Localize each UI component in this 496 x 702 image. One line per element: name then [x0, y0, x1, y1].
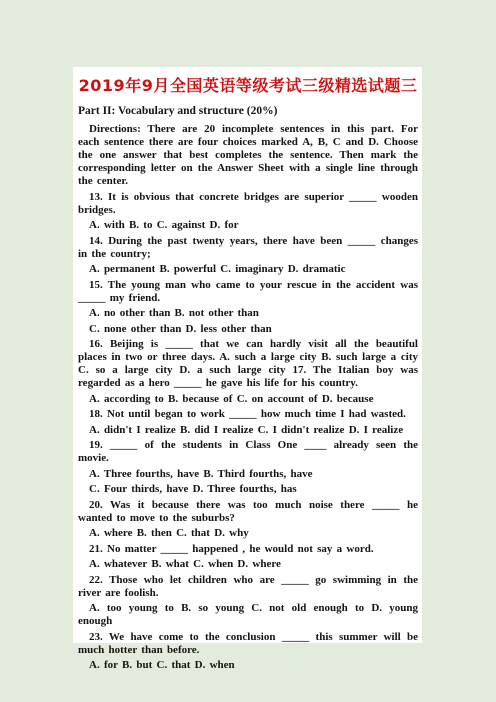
desktop-background: 2019年9月全国英语等级考试三级精选试题三 Part II: Vocabula…: [0, 0, 496, 702]
question-18: 18. Not until began to work _____ how mu…: [78, 408, 418, 421]
options-18: A. didn't I realize B. did I realize C. …: [78, 424, 418, 437]
question-15: 15. The young man who came to your rescu…: [78, 279, 418, 305]
question-16-17: 16. Beijing is _____ that we can hardly …: [78, 338, 418, 390]
question-21: 21. No matter _____ happened , he would …: [78, 543, 418, 556]
options-21: A. whatever B. what C. when D. where: [78, 558, 418, 571]
question-22: 22. Those who let children who are _____…: [78, 574, 418, 600]
document-body: Directions: There are 20 incomplete sent…: [78, 123, 418, 672]
options-17: A. according to B. because of C. on acco…: [78, 393, 418, 406]
question-19: 19. _____ of the students in Class One _…: [78, 439, 418, 465]
document-page: 2019年9月全国英语等级考试三级精选试题三 Part II: Vocabula…: [73, 67, 422, 643]
question-14: 14. During the past twenty years, there …: [78, 235, 418, 261]
options-22: A. too young to B. so young C. not old e…: [78, 602, 418, 628]
directions: Directions: There are 20 incomplete sent…: [78, 123, 418, 188]
options-15-ab: A. no other than B. not other than: [78, 307, 418, 320]
options-19-ab: A. Three fourths, have B. Third fourths,…: [78, 468, 418, 481]
section-heading: Part II: Vocabulary and structure (20%): [78, 105, 418, 117]
options-15-cd: C. none other than D. less other than: [78, 323, 418, 336]
options-13: A. with B. to C. against D. for: [78, 219, 418, 232]
options-19-cd: C. Four thirds, have D. Three fourths, h…: [78, 483, 418, 496]
options-20: A. where B. then C. that D. why: [78, 527, 418, 540]
options-23: A. for B. but C. that D. when: [78, 659, 418, 672]
options-14: A. permanent B. powerful C. imaginary D.…: [78, 263, 418, 276]
document-title: 2019年9月全国英语等级考试三级精选试题三: [78, 73, 418, 96]
question-20: 20. Was it because there was too much no…: [78, 499, 418, 525]
question-23: 23. We have come to the conclusion _____…: [78, 631, 418, 657]
question-13: 13. It is obvious that concrete bridges …: [78, 191, 418, 217]
